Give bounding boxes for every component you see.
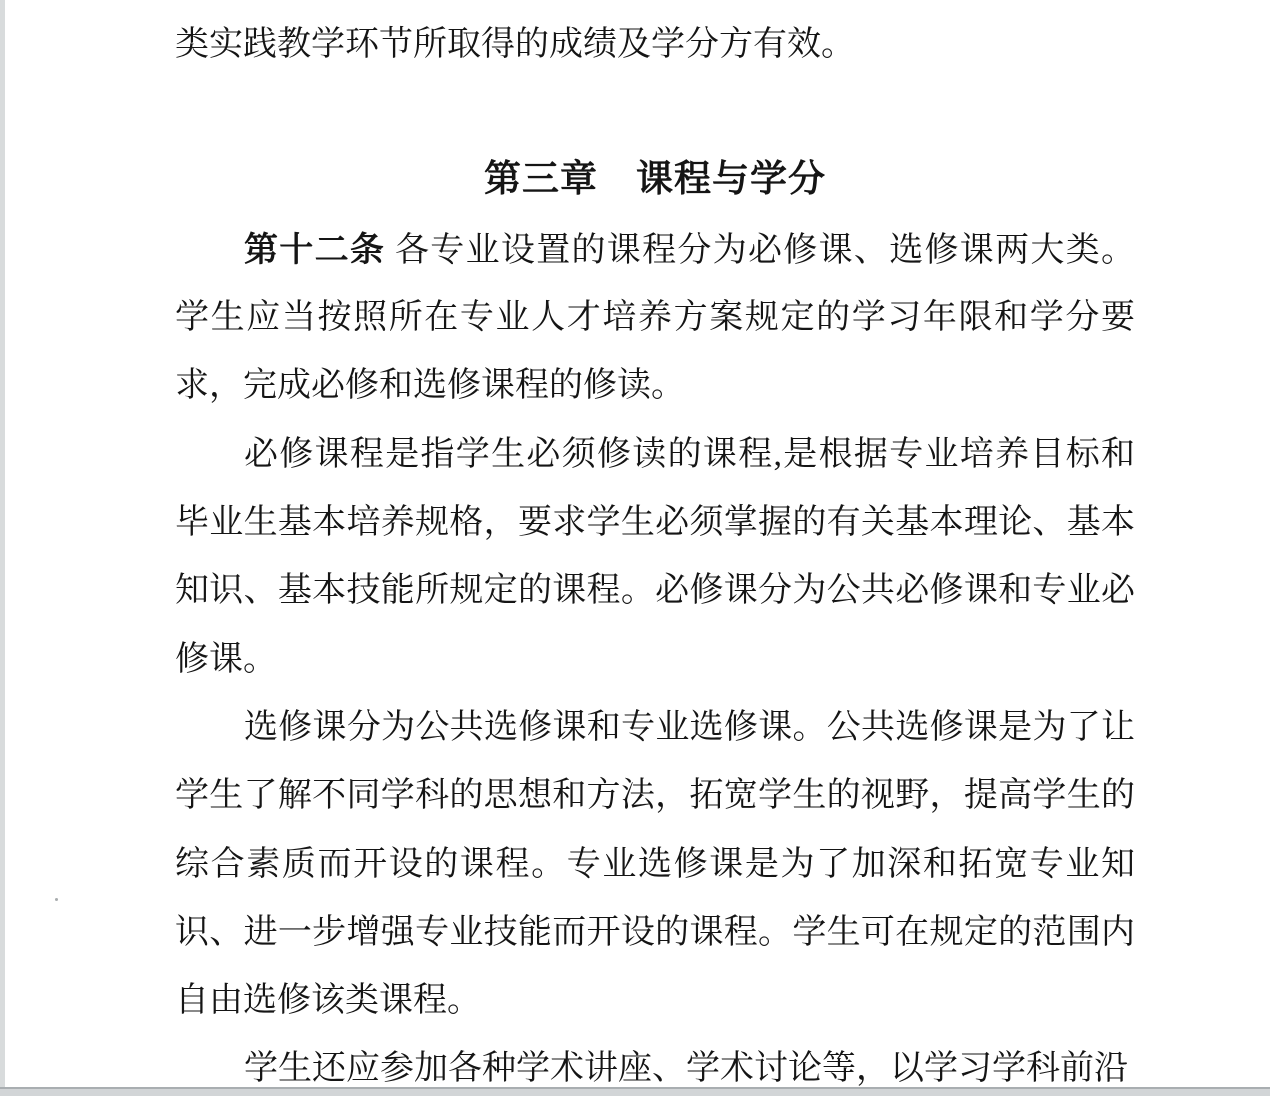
text-line: 修课。 xyxy=(175,640,1135,680)
text-line: 类实践教学环节所取得的成绩及学分方有效。 xyxy=(175,25,1135,65)
text-line: 学生应当按照所在专业人才培养方案规定的学习年限和学分要 xyxy=(175,298,1135,338)
text-line: 求，完成必修和选修课程的修读。 xyxy=(175,366,1135,406)
chapter-heading: 第三章 课程与学分 xyxy=(175,157,1135,201)
text-line: 自由选修该类课程。 xyxy=(175,981,1135,1021)
text-line: 识、进一步增强专业技能而开设的课程。学生可在规定的范围内 xyxy=(175,913,1135,953)
text-line: 第十二条 各专业设置的课程分为必修课、选修课两大类。 xyxy=(175,230,1135,271)
article-number: 第十二条 xyxy=(244,231,385,269)
text-line: 选修课分为公共选修课和专业选修课。公共选修课是为了让 xyxy=(175,708,1135,748)
text-line: 知识、基本技能所规定的课程。必修课分为公共必修课和专业必 xyxy=(175,571,1135,611)
scan-edge-left xyxy=(0,0,5,1096)
text-line: 毕业生基本培养规格，要求学生必须掌握的有关基本理论、基本 xyxy=(175,503,1135,543)
scanned-document-page: 类实践教学环节所取得的成绩及学分方有效。第三章 课程与学分第十二条 各专业设置的… xyxy=(0,0,1270,1096)
text-line: 学生还应参加各种学术讲座、学术讨论等，以学习学科前沿 xyxy=(175,1049,1135,1089)
scan-speck xyxy=(55,898,58,901)
text-line: 学生了解不同学科的思想和方法，拓宽学生的视野，提高学生的 xyxy=(175,776,1135,816)
text-line: 必修课程是指学生必须修读的课程,是根据专业培养目标和 xyxy=(175,435,1135,475)
text-line: 综合素质而开设的课程。专业选修课是为了加深和拓宽专业知 xyxy=(175,845,1135,885)
scan-edge-bottom xyxy=(0,1087,1270,1096)
text-run: 各专业设置的课程分为必修课、选修课两大类。 xyxy=(385,232,1135,269)
